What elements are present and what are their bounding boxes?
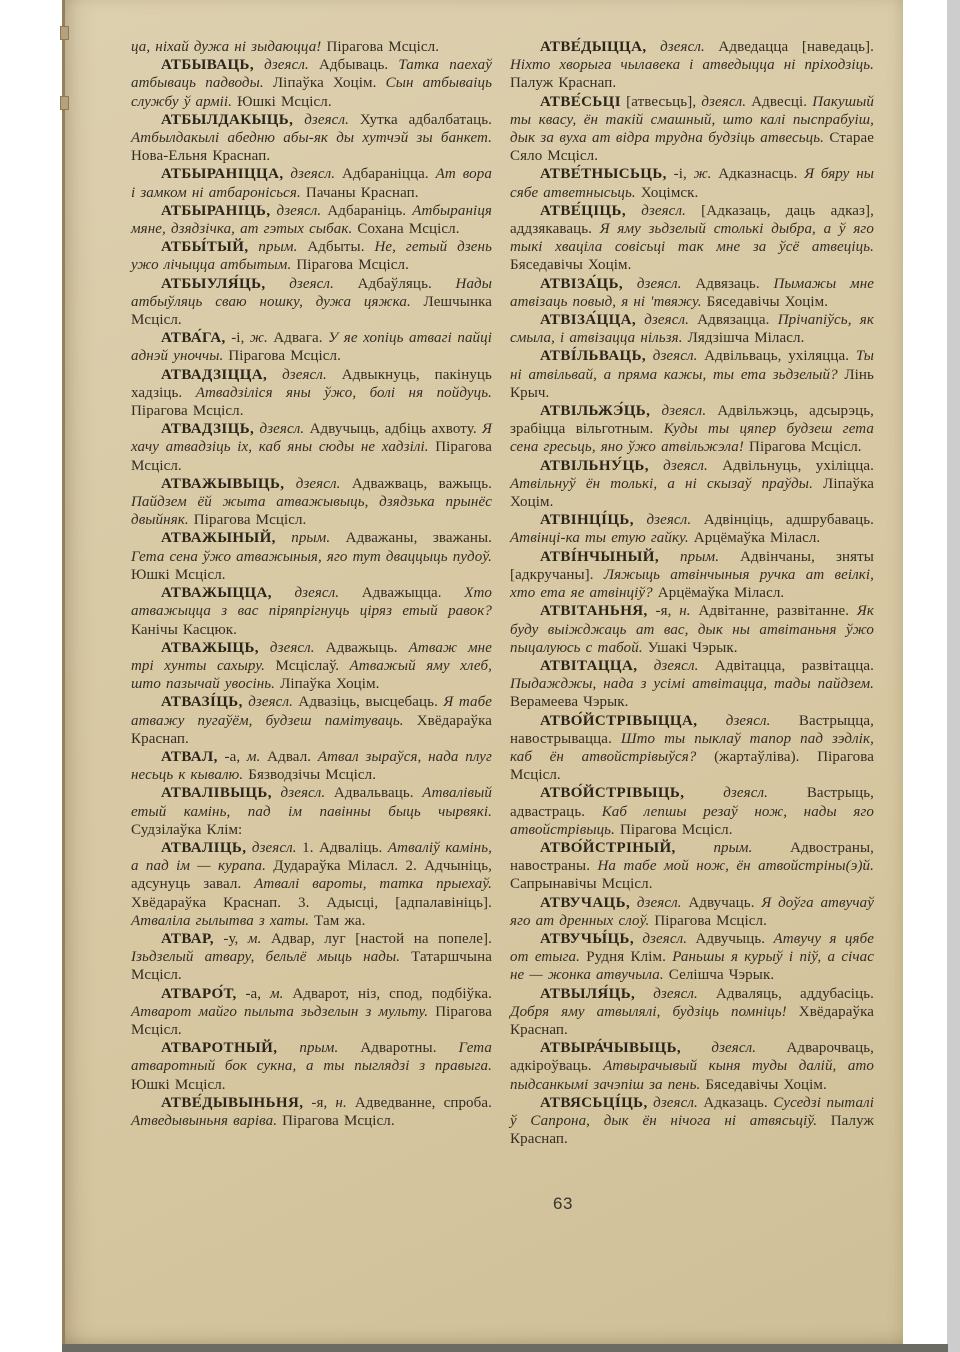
- headword: АТБЫВАЦЬ,: [161, 57, 254, 73]
- regular-text: -а,: [237, 986, 262, 1002]
- headword: АТВАЛІВЫЦЬ,: [161, 785, 272, 801]
- headword: АТВАЗІ́ЦЬ,: [161, 694, 243, 710]
- regular-text: -а,: [218, 749, 240, 765]
- headword: АТВІТАНЬНЯ,: [540, 603, 648, 619]
- regular-text: -я,: [648, 603, 672, 619]
- regular-text: Адвучаць.: [682, 895, 755, 911]
- regular-text: Палуж Краснап.: [510, 75, 616, 91]
- dictionary-entry: АТВАЛ, -а, м. Адвал. Атвал зыраўся, нада…: [131, 748, 492, 784]
- regular-text: Адважаны, зважаны.: [330, 530, 492, 546]
- dictionary-entry: АТБЫРАНІЦЦА, дзеясл. Адбараніцца. Ат вор…: [131, 165, 492, 201]
- headword: АТВІНЦІ́ЦЬ,: [540, 512, 634, 528]
- dictionary-entry: АТВІЛЬНУ́ЦЬ, дзеясл. Адвільнуць, ухіліцц…: [510, 457, 874, 512]
- staple-mark: [60, 96, 69, 110]
- headword: АТВІТАЦЦА,: [540, 658, 637, 674]
- italic-text: дзеясл.: [697, 713, 770, 729]
- italic-text: дзеясл.: [272, 785, 325, 801]
- page-number: 63: [543, 1194, 583, 1214]
- regular-text: Мсціслаў.: [265, 658, 339, 674]
- dictionary-entry: АТВУЧАЦЬ, дзеясл. Адвучаць. Я доўга атву…: [510, 894, 874, 930]
- dictionary-entry: АТВЯСЬЦІ́ЦЬ, дзеясл. Адказаць. Суседзі п…: [510, 1094, 874, 1149]
- italic-text: Атвінці-ка ты етую гайку.: [510, 530, 689, 546]
- headword: АТВАЛ,: [161, 749, 218, 765]
- italic-text: Пайдзем ёй жыта атважывыць, дзядзька пры…: [131, 494, 492, 528]
- entry-continuation: ца, ніхай дужа ні зыдаюцца! Пірагова Мсц…: [131, 38, 492, 56]
- dictionary-entry: АТВАДЗІЦЬ, дзеясл. Адвучыць, адбіць ахво…: [131, 420, 492, 475]
- dictionary-entry: АТВІТАЦЦА, дзеясл. Адвітацца, развітацца…: [510, 657, 874, 712]
- dictionary-entry: АТВАЛІВЫЦЬ, дзеясл. Адвальваць. Атвалівы…: [131, 784, 492, 839]
- regular-text: Адваляць, аддубасіць.: [698, 986, 874, 1002]
- regular-text: Адвільнуць, ухіліцца.: [708, 458, 874, 474]
- headword: АТВІ́НЧЫНЫЙ,: [540, 549, 659, 565]
- dictionary-entry: АТВІ́ЛЬВАЦЬ, дзеясл. Адвільваць, ухіляцц…: [510, 347, 874, 402]
- dictionary-entry: АТВАРОТНЫЙ, прым. Адваротны. Гета атваро…: [131, 1039, 492, 1094]
- italic-text: Ніхто хворыга чылавека і атведыцца ні пр…: [510, 57, 874, 73]
- regular-text: Хутка адбалбатаць.: [349, 112, 492, 128]
- dictionary-entry: АТВІТАНЬНЯ, -я, н. Адвітанне, развітанне…: [510, 602, 874, 657]
- regular-text: Пірагова Мсцісл.: [615, 822, 733, 838]
- dictionary-entry: АТВЕ́СЬЦІ [атвесьць], дзеясл. Адвесці. П…: [510, 93, 874, 166]
- dictionary-entry: АТВО́ЙСТРІВЫЦЬ, дзеясл. Вастрыць, адваст…: [510, 784, 874, 839]
- dictionary-entry: АТВАДЗІЦЦА, дзеясл. Адвыкнуць, пакінуць …: [131, 366, 492, 421]
- dictionary-entry: АТВАЖЫЦЬ, дзеясл. Адважыць. Атваж мне тр…: [131, 639, 492, 694]
- headword: АТВАЖЫЦЬ,: [161, 640, 259, 656]
- italic-text: Атварот майго пыльта зьдзелын з мульту.: [131, 1004, 428, 1020]
- regular-text: Бяседавічы Хоцім.: [700, 1077, 827, 1093]
- italic-text: прым.: [249, 239, 298, 255]
- regular-text: Сапрынавічы Мсцісл.: [510, 876, 653, 892]
- headword: АТБЫРАНІЦЦА,: [161, 166, 283, 182]
- italic-text: Гета сена ўжо атважыныя, яго тут дваццыц…: [131, 549, 492, 565]
- headword: АТВАЖЫВЫЦЬ,: [161, 476, 284, 492]
- regular-text: Пірагова Мсцісл.: [321, 39, 439, 55]
- regular-text: Хоцімск.: [636, 185, 699, 201]
- headword: АТБЫЛДАКЫЦЬ,: [161, 112, 293, 128]
- italic-text: прым.: [676, 840, 753, 856]
- regular-text: Пірагова Мсцісл.: [223, 348, 341, 364]
- regular-text: Адказаць.: [698, 1095, 768, 1111]
- regular-text: Ушакі Чэрык.: [643, 640, 738, 656]
- italic-text: ца, ніхай дужа ні зыдаюцца!: [131, 39, 321, 55]
- italic-text: дзеясл.: [635, 986, 698, 1002]
- regular-text: Юшкі Мсцісл.: [232, 94, 332, 110]
- italic-text: Пыдажджы, нада з усімі атвітацца, тады п…: [510, 676, 874, 692]
- headword: АТВЯСЬЦІ́ЦЬ,: [540, 1095, 648, 1111]
- regular-text: Адвальваць.: [325, 785, 413, 801]
- regular-text: Адвітанне, развітанне.: [691, 603, 849, 619]
- dictionary-entry: АТБЫЛДАКЫЦЬ, дзеясл. Хутка адбалбатаць. …: [131, 111, 492, 166]
- regular-text: Юшкі Мсцісл.: [131, 1077, 226, 1093]
- scan-edge-right: [947, 0, 960, 1352]
- regular-text: Адведванне, спроба.: [347, 1095, 492, 1111]
- regular-text: Адказнасць.: [711, 166, 797, 182]
- italic-text: Атвільнуў ён толькі, а ні скызаў праўды.: [510, 476, 813, 492]
- italic-text: н.: [671, 603, 690, 619]
- italic-text: дзеясл.: [270, 203, 321, 219]
- headword: АТВАР,: [161, 931, 214, 947]
- regular-text: Рудня Клім.: [580, 949, 666, 965]
- italic-text: дзеясл.: [259, 640, 315, 656]
- regular-text: Арцёмаўка Міласл.: [653, 585, 785, 601]
- italic-text: дзеясл.: [650, 403, 706, 419]
- regular-text: Бяседавічы Хоцім.: [702, 294, 829, 310]
- headword: АТВЫРА́ЧЫВЫЦЬ,: [540, 1040, 681, 1056]
- headword: АТВЕ́СЬЦІ: [540, 94, 621, 110]
- headword: АТБЫ́ТЫЙ,: [161, 239, 249, 255]
- italic-text: дзеясл.: [634, 512, 691, 528]
- dictionary-entry: АТВО́ЙСТРІВЫЦЦА, дзеясл. Вастрыцца, наво…: [510, 712, 874, 785]
- left-column: ца, ніхай дужа ні зыдаюцца! Пірагова Мсц…: [131, 38, 492, 1148]
- regular-text: Адвязаць.: [682, 276, 760, 292]
- italic-text: дзеясл.: [243, 694, 293, 710]
- regular-text: Юшкі Мсцісл.: [131, 567, 226, 583]
- dictionary-entry: АТБЫВАЦЬ, дзеясл. Адбываць. Татка паехаў…: [131, 56, 492, 111]
- regular-text: Бяседавічы Хоцім.: [510, 257, 631, 273]
- regular-text: Адвітацца, развітацца.: [698, 658, 874, 674]
- italic-text: дзеясл.: [283, 166, 335, 182]
- headword: АТВАЖЫНЫЙ,: [161, 530, 276, 546]
- regular-text: Верамеева Чэрык.: [510, 694, 629, 710]
- headword: АТБЫУЛЯ́ЦЬ,: [161, 276, 266, 292]
- dictionary-entry: АТВЕ́ДЫВЫНЬНЯ, -я, н. Адведванне, спроба…: [131, 1094, 492, 1130]
- regular-text: Адвучыць.: [687, 931, 765, 947]
- headword: АТВЕ́ДЫЦЦА,: [540, 39, 647, 55]
- regular-text: Нова-Ельня Краснап.: [131, 148, 270, 164]
- regular-text: Адвінціць, адшрубаваць.: [691, 512, 874, 528]
- dictionary-entry: АТВАЛІЦЬ, дзеясл. 1. Адваліць. Атваліў к…: [131, 839, 492, 930]
- regular-text: Адваротны.: [338, 1040, 436, 1056]
- italic-text: Атведывыньня варіва.: [131, 1113, 277, 1129]
- regular-text: Адважыцца.: [339, 585, 441, 601]
- headword: АТВАДЗІЦЬ,: [161, 421, 254, 437]
- italic-text: дзеясл.: [647, 39, 705, 55]
- italic-text: дзеясл.: [266, 276, 334, 292]
- dictionary-columns: ца, ніхай дужа ні зыдаюцца! Пірагова Мсц…: [131, 38, 874, 1148]
- dictionary-entry: АТВІЗА́ЦЬ, дзеясл. Адвязаць. Пымажы мне …: [510, 275, 874, 311]
- italic-text: дзеясл.: [626, 203, 686, 219]
- regular-text: Сохана Мсцісл.: [352, 221, 459, 237]
- regular-text: Пірагова Мсцісл.: [649, 913, 767, 929]
- regular-text: Адвазіць, высцебаць.: [293, 694, 438, 710]
- regular-text: Адведацца [наведаць].: [705, 39, 874, 55]
- regular-text: Адважыць.: [315, 640, 398, 656]
- book-page: ца, ніхай дужа ні зыдаюцца! Пірагова Мсц…: [62, 0, 903, 1344]
- headword: АТВЕ́ДЫВЫНЬНЯ,: [161, 1095, 303, 1111]
- italic-text: дзеясл.: [696, 94, 746, 110]
- regular-text: Пірагова Мсцісл.: [189, 512, 307, 528]
- scan-edge-bottom: [62, 1344, 948, 1352]
- headword: АТВАЛІЦЬ,: [161, 840, 246, 856]
- italic-text: дзеясл.: [272, 585, 339, 601]
- headword: АТВАРО́Т,: [161, 986, 237, 1002]
- regular-text: Лядзішча Міласл.: [683, 330, 805, 346]
- dictionary-entry: АТВІ́НЧЫНЫЙ, прым. Адвінчаны, зняты [адк…: [510, 548, 874, 603]
- italic-text: Атваліла гылытва з хаты.: [131, 913, 309, 929]
- headword: АТВЕ́ЦІЦЬ,: [540, 203, 626, 219]
- dictionary-entry: АТВЕ́ЦІЦЬ, дзеясл. [Адказаць, даць адказ…: [510, 202, 874, 275]
- italic-text: дзеясл.: [634, 931, 687, 947]
- headword: АТБЫРАНІЦЬ,: [161, 203, 270, 219]
- italic-text: Ізьдзелый атвару, бельлё мыць нады.: [131, 949, 400, 965]
- regular-text: Селішча Чэрык.: [664, 967, 774, 983]
- regular-text: Адважваць, важыць.: [341, 476, 493, 492]
- right-column: АТВЕ́ДЫЦЦА, дзеясл. Адведацца [наведаць]…: [510, 38, 874, 1148]
- regular-text: Адвал.: [260, 749, 311, 765]
- regular-text: Там жа.: [309, 913, 365, 929]
- italic-text: м.: [261, 986, 283, 1002]
- regular-text: -і,: [667, 166, 687, 182]
- regular-text: [атвесьць],: [621, 94, 696, 110]
- regular-text: Адварот, ніз, спод, подбіўка.: [284, 986, 492, 1002]
- headword: АТВУЧАЦЬ,: [540, 895, 630, 911]
- italic-text: дзеясл.: [646, 348, 697, 364]
- italic-text: дзеясл.: [684, 785, 768, 801]
- regular-text: Бязводзічы Мсцісл.: [243, 767, 376, 783]
- headword: АТВО́ЙСТРІНЫЙ,: [540, 840, 676, 856]
- headword: АТВІЛЬЖЭ́ЦЬ,: [540, 403, 650, 419]
- headword: АТВО́ЙСТРІВЫЦЬ,: [540, 785, 684, 801]
- dictionary-entry: АТВО́ЙСТРІНЫЙ, прым. Адвостраны, навостр…: [510, 839, 874, 894]
- regular-text: Пірагова Мсцісл.: [277, 1113, 395, 1129]
- italic-text: Атвалі вароты, татка прыехаў.: [241, 876, 492, 892]
- regular-text: -і,: [226, 330, 245, 346]
- dictionary-entry: АТВАЗІ́ЦЬ, дзеясл. Адвазіць, высцебаць. …: [131, 693, 492, 748]
- dictionary-entry: АТВІЗА́ЦЦА, дзеясл. Адвязацца. Прічапіўс…: [510, 311, 874, 347]
- regular-text: Адбыты.: [297, 239, 364, 255]
- regular-text: Адвар, луг [настой на попеле].: [261, 931, 492, 947]
- regular-text: Адвага.: [268, 330, 323, 346]
- dictionary-entry: АТВУЧЫ́ЦЬ, дзеясл. Адвучыць. Атвучу я ця…: [510, 930, 874, 985]
- regular-text: -я,: [303, 1095, 327, 1111]
- headword: АТВІЗА́ЦЦА,: [540, 312, 636, 328]
- regular-text: Пірагова Мсцісл.: [744, 439, 862, 455]
- regular-text: Адвільваць, ухіляцца.: [698, 348, 850, 364]
- regular-text: Пачаны Краснап.: [301, 185, 419, 201]
- headword: АТВІЛЬНУ́ЦЬ,: [540, 458, 649, 474]
- dictionary-entry: АТВАР, -у, м. Адвар, луг [настой на попе…: [131, 930, 492, 985]
- italic-text: дзеясл.: [623, 276, 682, 292]
- dictionary-entry: АТВЫРА́ЧЫВЫЦЬ, дзеясл. Адварочваць, адкі…: [510, 1039, 874, 1094]
- italic-text: дзеясл.: [630, 895, 681, 911]
- italic-text: дзеясл.: [636, 312, 689, 328]
- headword: АТВАРОТНЫЙ,: [161, 1040, 277, 1056]
- italic-text: прым.: [277, 1040, 338, 1056]
- regular-text: Адвесці.: [746, 94, 807, 110]
- italic-text: дзеясл.: [648, 1095, 698, 1111]
- regular-text: Ліпаўка Хоцім.: [275, 676, 379, 692]
- headword: АТВАДЗІЦЦА,: [161, 367, 267, 383]
- dictionary-entry: АТБЫ́ТЫЙ, прым. Адбыты. Не, гетый дзень …: [131, 238, 492, 274]
- dictionary-entry: АТВІНЦІ́ЦЬ, дзеясл. Адвінціць, адшрубава…: [510, 511, 874, 547]
- headword: АТВО́ЙСТРІВЫЦЦА,: [540, 713, 697, 729]
- headword: АТВІ́ЛЬВАЦЬ,: [540, 348, 646, 364]
- italic-text: Атбылдакылі абедню абы-як ды хутчэй зы б…: [131, 130, 492, 146]
- italic-text: дзеясл.: [681, 1040, 756, 1056]
- italic-text: дзеясл.: [649, 458, 708, 474]
- dictionary-entry: АТБЫУЛЯ́ЦЬ, дзеясл. Адбаўляць. Нады атбы…: [131, 275, 492, 330]
- italic-text: дзеясл.: [637, 658, 698, 674]
- dictionary-entry: АТВАЖЫВЫЦЬ, дзеясл. Адважваць, важыць. П…: [131, 475, 492, 530]
- dictionary-entry: АТБЫРАНІЦЬ, дзеясл. Адбараніць. Атбырані…: [131, 202, 492, 238]
- dictionary-entry: АТВЫЛЯ́ЦЬ, дзеясл. Адваляць, аддубасіць.…: [510, 985, 874, 1040]
- dictionary-entry: АТВЕ́ТНЫСЬЦЬ, -і, ж. Адказнасць. Я бяру …: [510, 165, 874, 201]
- headword: АТВАЖЫЦЦА,: [161, 585, 272, 601]
- italic-text: дзеясл.: [254, 421, 304, 437]
- italic-text: На табе мой нож, ён атвойстріны(э)й.: [590, 858, 874, 874]
- headword: АТВЫЛЯ́ЦЬ,: [540, 986, 635, 1002]
- italic-text: прым.: [276, 530, 330, 546]
- regular-text: Адбываць.: [309, 57, 388, 73]
- regular-text: Адвязацца.: [689, 312, 770, 328]
- italic-text: м.: [240, 749, 260, 765]
- headword: АТВІЗА́ЦЬ,: [540, 276, 623, 292]
- italic-text: Атвадзіліся яны ўжо, болі ня пойдуць.: [182, 385, 492, 401]
- regular-text: Пірагова Мсцісл.: [131, 403, 244, 419]
- italic-text: Добря яму атвылялі, будзіць помніць!: [510, 1004, 787, 1020]
- italic-text: дзеясл.: [284, 476, 340, 492]
- headword: АТВЕ́ТНЫСЬЦЬ,: [540, 166, 667, 182]
- dictionary-entry: АТВІЛЬЖЭ́ЦЬ, дзеясл. Адвільжэць, адсырэц…: [510, 402, 874, 457]
- italic-text: ж.: [244, 330, 267, 346]
- italic-text: ж.: [687, 166, 712, 182]
- staple-mark: [60, 26, 69, 40]
- dictionary-entry: АТВА́ГА, -і, ж. Адвага. У яе хопіць атва…: [131, 329, 492, 365]
- regular-text: -у,: [214, 931, 239, 947]
- regular-text: Адбараніць.: [321, 203, 406, 219]
- regular-text: Адвучыць, адбіць ахвоту.: [304, 421, 476, 437]
- italic-text: н.: [327, 1095, 346, 1111]
- regular-text: Адбаўляць.: [334, 276, 432, 292]
- regular-text: Адбараніцца.: [335, 166, 429, 182]
- italic-text: дзеясл.: [246, 840, 296, 856]
- regular-text: 1. Адваліць.: [297, 840, 383, 856]
- dictionary-entry: АТВАЖЫЦЦА, дзеясл. Адважыцца. Хто атважы…: [131, 584, 492, 639]
- italic-text: м.: [238, 931, 261, 947]
- regular-text: Арцёмаўка Міласл.: [689, 530, 821, 546]
- regular-text: Ліпаўка Хоцім.: [264, 75, 377, 91]
- regular-text: Судзілаўка Клім:: [131, 822, 242, 838]
- regular-text: Канічы Касцюк.: [131, 622, 237, 638]
- headword: АТВУЧЫ́ЦЬ,: [540, 931, 634, 947]
- italic-text: дзеясл.: [254, 57, 309, 73]
- italic-text: дзеясл.: [267, 367, 327, 383]
- regular-text: Пірагова Мсцісл.: [291, 257, 409, 273]
- headword: АТВА́ГА,: [161, 330, 226, 346]
- italic-text: прым.: [659, 549, 719, 565]
- regular-text: Хвёдараўка Краснап. 3. Адысці, [адпалаві…: [131, 895, 492, 911]
- italic-text: дзеясл.: [293, 112, 349, 128]
- dictionary-entry: АТВАРО́Т, -а, м. Адварот, ніз, спод, под…: [131, 985, 492, 1040]
- dictionary-entry: АТВЕ́ДЫЦЦА, дзеясл. Адведацца [наведаць]…: [510, 38, 874, 93]
- dictionary-entry: АТВАЖЫНЫЙ, прым. Адважаны, зважаны. Гета…: [131, 529, 492, 584]
